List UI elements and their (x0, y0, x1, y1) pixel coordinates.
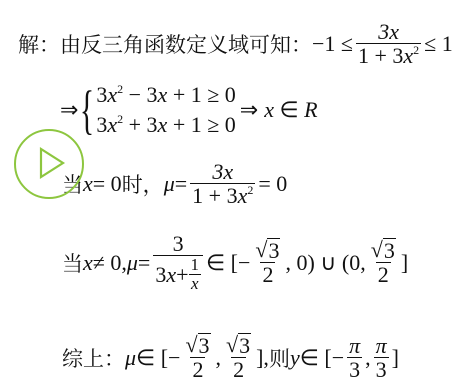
brace: { (80, 83, 94, 137)
solution-label: 解：由反三角函数定义域可知： (18, 29, 312, 59)
lower-bound: −1 ≤ (312, 31, 353, 57)
fraction: 3x 1 + 3x2 (190, 160, 255, 208)
fraction: 3 3x + 1x (153, 232, 203, 294)
line-system: ⇒ { 3x2 − 3x + 1 ≥ 0 3x2 + 3x + 1 ≥ 0 ⇒ … (60, 80, 318, 139)
result: x ∈ R (264, 97, 317, 123)
line-domain: 解：由反三角函数定义域可知： −1 ≤ 3x 1 + 3x2 ≤ 1 (18, 20, 453, 68)
upper-bound: ≤ 1 (424, 31, 453, 57)
line-conclusion: 综上： μ ∈ [− √32 , √32 ], 则 y ∈ [− π3 , π3… (62, 333, 399, 382)
inequality-2: 3x2 + 3x + 1 ≥ 0 (96, 110, 235, 140)
line-x-zero: 当 x = 0 时， μ = 3x 1 + 3x2 = 0 (62, 160, 287, 208)
play-button[interactable] (14, 129, 84, 199)
inequality-1: 3x2 − 3x + 1 ≥ 0 (96, 80, 235, 110)
inequality-system: 3x2 − 3x + 1 ≥ 0 3x2 + 3x + 1 ≥ 0 (96, 80, 235, 139)
line-x-nonzero: 当 x ≠ 0, μ = 3 3x + 1x ∈ [− √32 , 0) ∪ (… (62, 232, 408, 294)
fraction: 3x 1 + 3x2 (356, 20, 421, 68)
play-icon (16, 131, 82, 197)
